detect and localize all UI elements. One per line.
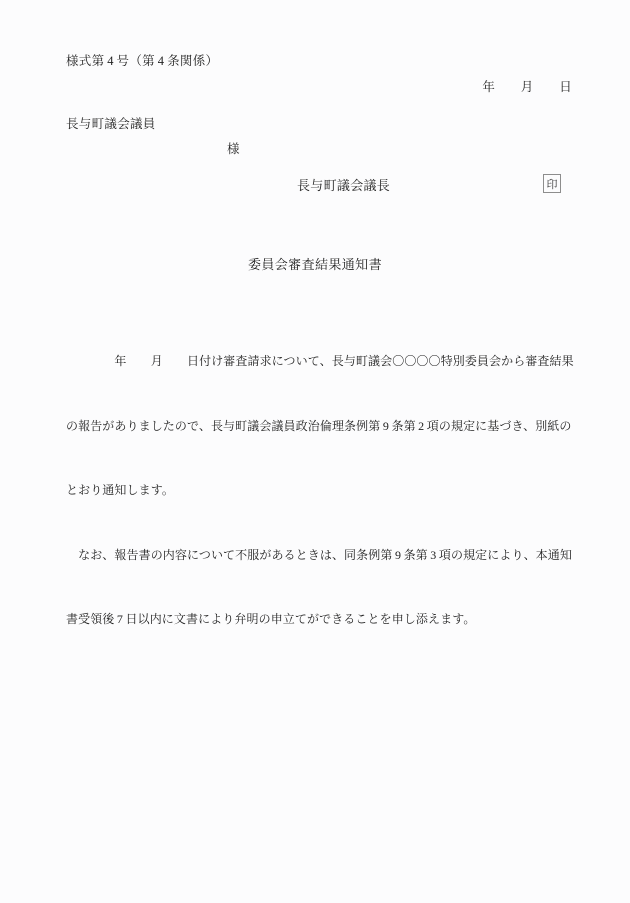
body-line: なお、報告書の内容について不服があるときは、同条例第 9 条第 3 項の規定によ… xyxy=(66,545,578,567)
document-page: 様式第 4 号（第 4 条関係） 年 月 日 長与町議会議員 様 長与町議会議長… xyxy=(0,0,630,903)
recipient-honorific: 様 xyxy=(227,139,240,157)
body-line: の報告がありましたので、長与町議会議員政治倫理条例第 9 条第 2 項の規定に基… xyxy=(66,416,578,438)
body-line: とおり通知します。 xyxy=(66,480,578,502)
seal-stamp: 印 xyxy=(543,174,561,193)
body-paragraph: 年 月 日付け審査請求について、長与町議会〇〇〇〇特別委員会から審査結果 の報告… xyxy=(66,308,578,674)
issue-date-line: 年 月 日 xyxy=(482,77,572,95)
body-line: 年 月 日付け審査請求について、長与町議会〇〇〇〇特別委員会から審査結果 xyxy=(66,351,578,373)
form-number: 様式第 4 号（第 4 条関係） xyxy=(66,51,218,69)
recipient-name: 長与町議会議員 xyxy=(66,114,156,132)
sender-title: 長与町議会議長 xyxy=(297,175,390,194)
document-title: 委員会審査結果通知書 xyxy=(0,254,630,273)
body-line: 書受領後 7 日以内に文書により弁明の申立てができることを申し添えます。 xyxy=(66,609,578,631)
